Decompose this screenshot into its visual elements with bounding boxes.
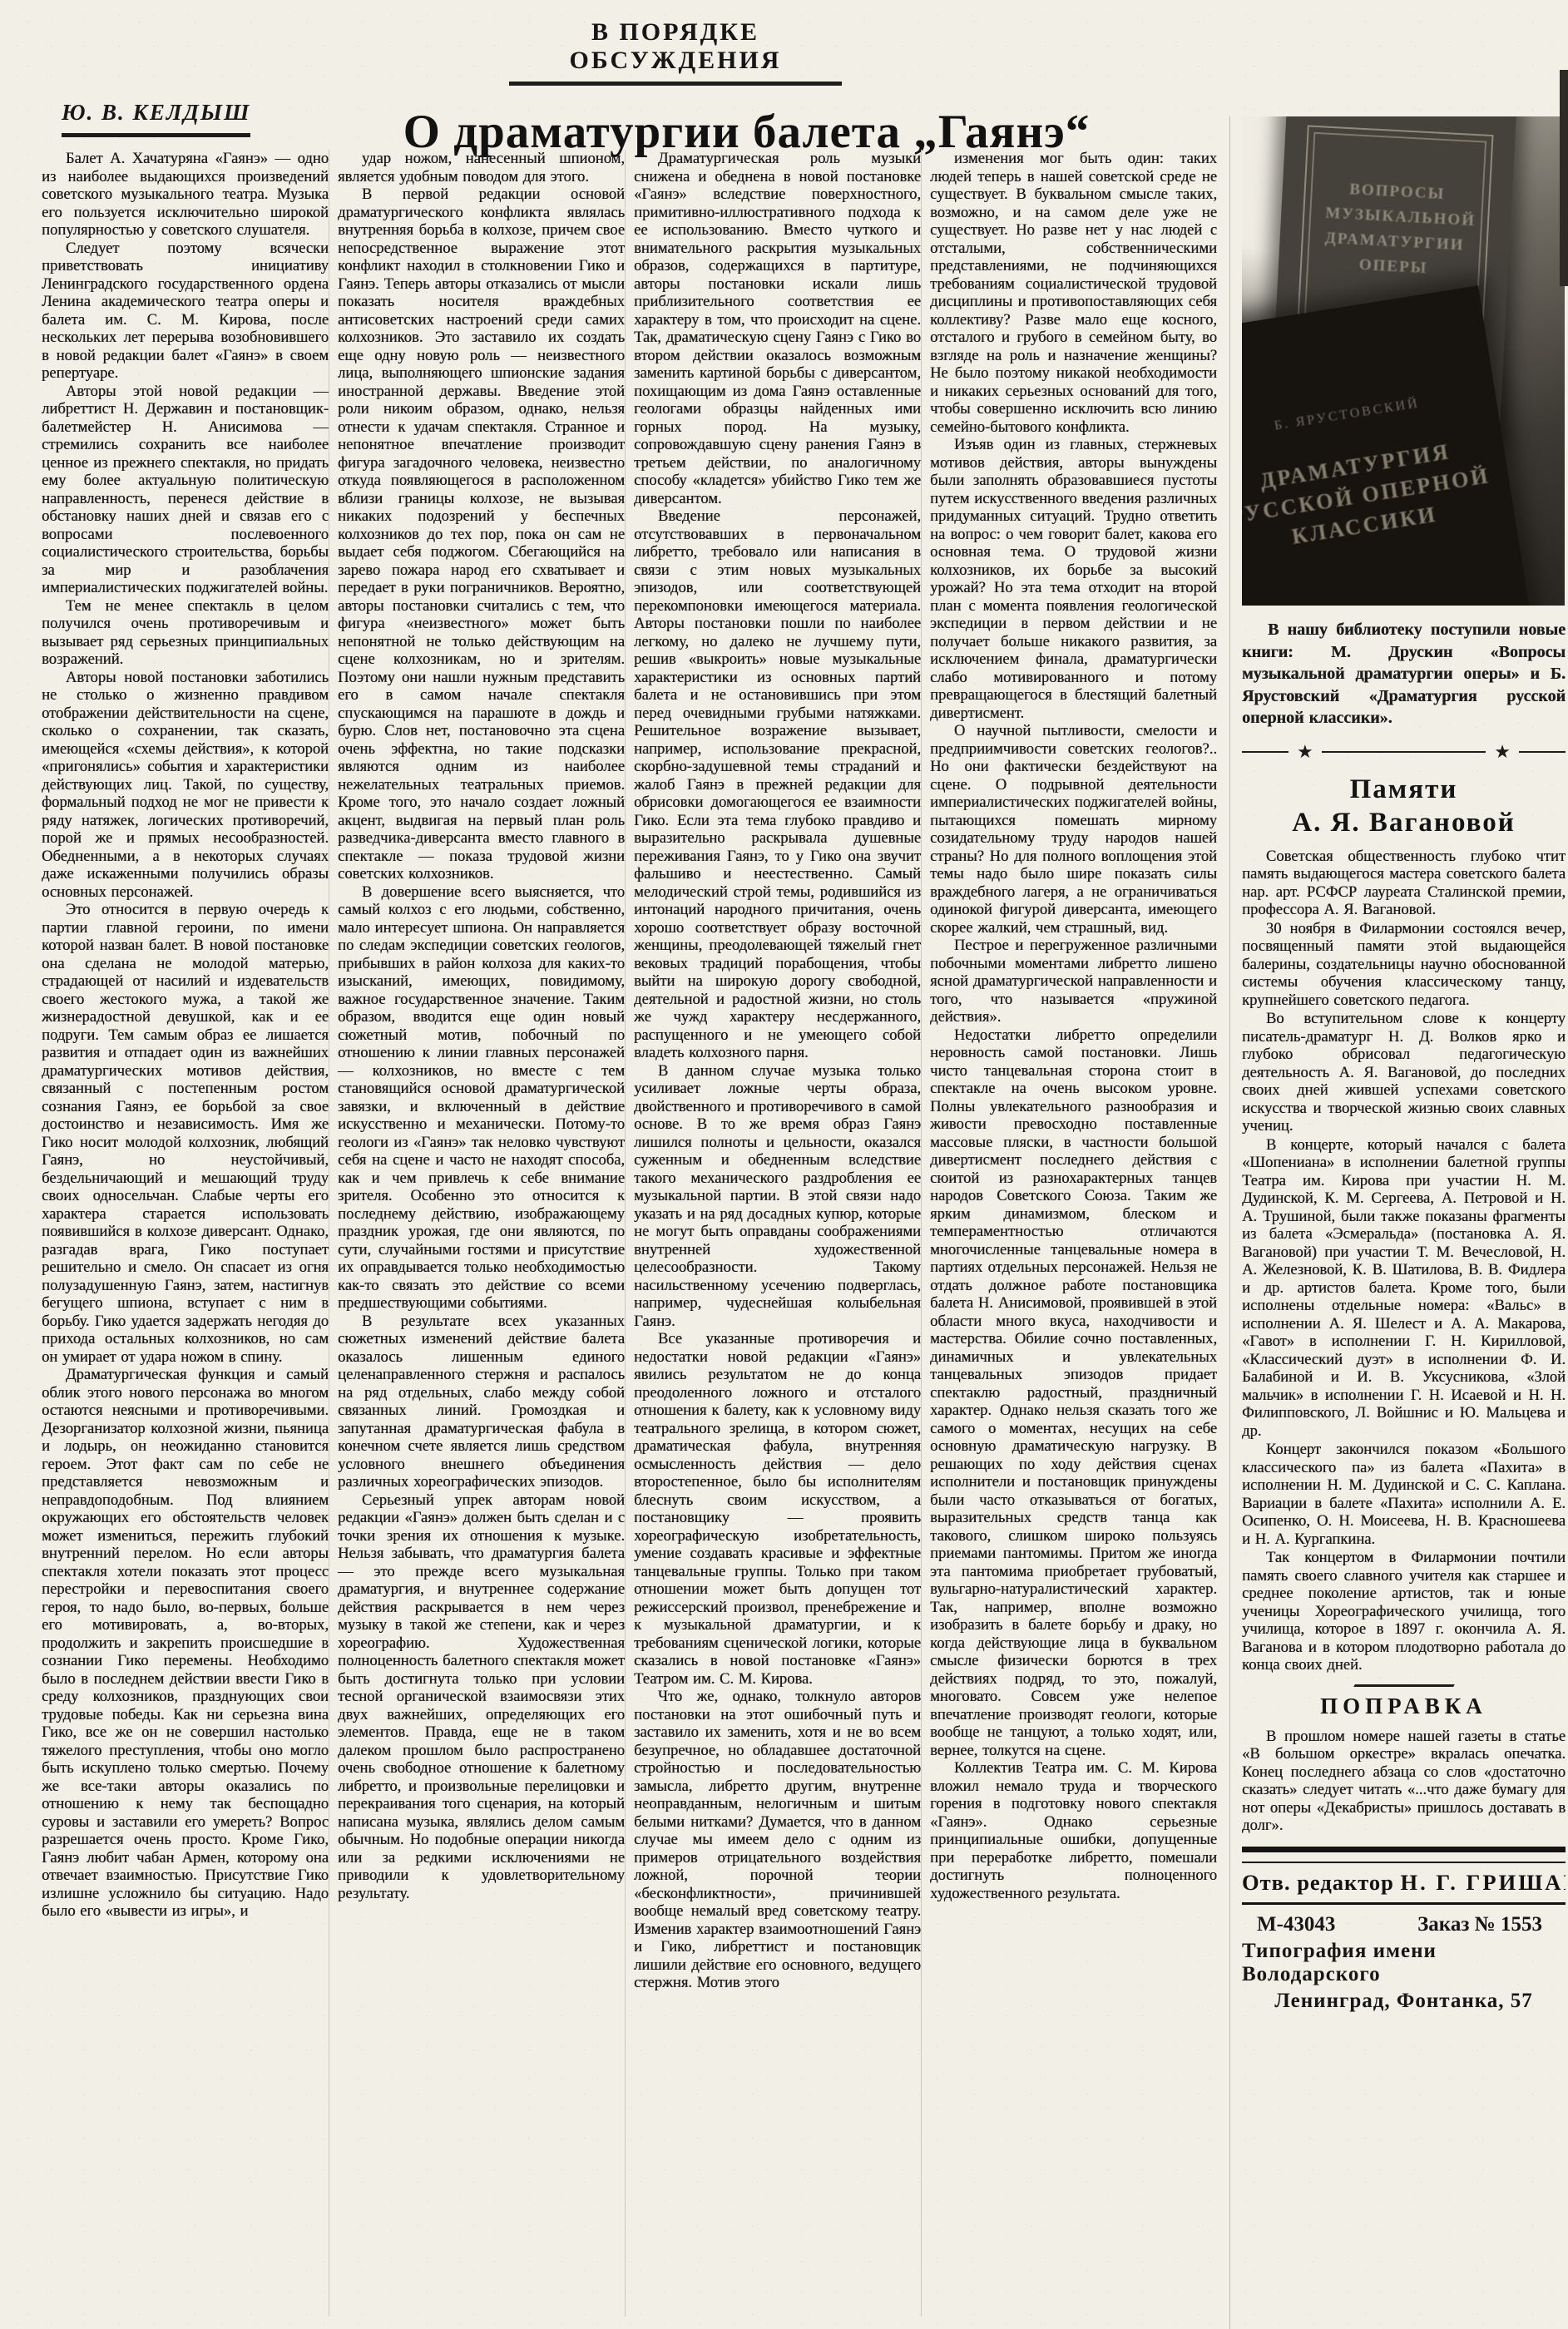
paragraph: Драматургическая функция и самый облик э… (42, 1366, 329, 1921)
footer-rule (1242, 1847, 1566, 1863)
memoriam-heading: Памяти А. Я. Вагановой (1242, 773, 1566, 839)
paragraph: Все указанные противоречия и недостатки … (634, 1330, 921, 1688)
article-author: Ю. В. КЕЛДЫШ (62, 100, 250, 137)
paragraph: Так концертом в Филармонии почтили памят… (1242, 1549, 1566, 1674)
text-column-2: удар ножом, нанесенный шпионом, является… (329, 150, 625, 2317)
editor-name: Н. Г. ГРИШАНОВ (1401, 1870, 1566, 1895)
memoriam-heading-line2: А. Я. Вагановой (1242, 806, 1566, 839)
star-icon: ★ (1494, 741, 1511, 763)
paragraph: Авторы новой постановки заботились не ст… (42, 669, 329, 902)
paragraph: В концерте, который начался с балета «Шо… (1242, 1136, 1566, 1441)
paragraph: Это относится в первую очередь к партии … (42, 901, 329, 1366)
editor-label: Отв. редактор (1242, 1870, 1394, 1895)
paragraph: В нашу библиотеку поступили новые книги:… (1242, 619, 1566, 729)
imprint-order: Заказ № 1553 (1417, 1913, 1542, 1936)
paragraph: Что же, однако, толкнуло авторов постано… (634, 1688, 921, 1992)
paragraph: удар ножом, нанесенный шпионом, является… (338, 150, 625, 185)
paragraph: Советская общественность глубоко чтит па… (1242, 848, 1566, 919)
book-title: ДРАМАТУРГИЯ РУССКОЙ ОПЕРНОЙ КЛАССИКИ (1242, 428, 1515, 564)
imprint-code: М-43043 (1257, 1913, 1335, 1936)
star-divider: ★ ★ (1242, 741, 1566, 763)
paragraph: 30 ноября в Филармонии состоялся вечер, … (1242, 920, 1566, 1010)
paragraph: В результате всех указанных сюжетных изм… (338, 1313, 625, 1491)
paragraph: Концерт закончился показом «Большого кла… (1242, 1441, 1566, 1548)
editor-line: Отв. редактор Н. Г. ГРИШАНОВ (1242, 1863, 1566, 1902)
paragraph: Введение персонажей, отсутствовавших в п… (634, 507, 921, 1062)
paragraph: изменения мог быть один: таких людей теп… (930, 150, 1217, 436)
newspaper-page: В ПОРЯДКЕ ОБСУЖДЕНИЯ Ю. В. КЕЛДЫШ О драм… (0, 0, 1568, 2329)
star-icon: ★ (1297, 741, 1313, 763)
imprint-address: Ленинград, Фонтанка, 57 (1242, 1986, 1566, 2013)
paragraph: В довершение всего выясняется, что самый… (338, 883, 625, 1313)
section-kicker: В ПОРЯДКЕ ОБСУЖДЕНИЯ (509, 18, 842, 86)
divider-line (1519, 751, 1566, 753)
books-photo: ВОПРОСЫ МУЗЫКАЛЬНОЙ ДРАМАТУРГИИ ОПЕРЫ Б.… (1242, 116, 1565, 606)
article-body: Балет А. Хачатуряна «Гаянэ» — одно из на… (42, 150, 1217, 2317)
paragraph: Следует поэтому всячески приветствовать … (42, 240, 329, 383)
text-column-1: Балет А. Хачатуряна «Гаянэ» — одно из на… (42, 150, 329, 2317)
memoriam-heading-line1: Памяти (1242, 773, 1566, 806)
paragraph: Тем не менее спектакль в целом получился… (42, 597, 329, 669)
paragraph: Недостатки либретто определили неровност… (930, 1026, 1217, 1760)
paragraph: Драматургическая роль музыки снижена и о… (634, 150, 921, 507)
correction-heading: ПОПРАВКА (1242, 1694, 1566, 1719)
imprint: М-43043 Заказ № 1553 Типография имени Во… (1242, 1905, 1566, 2013)
section-divider (1353, 1684, 1455, 1687)
scan-artifact (1560, 70, 1568, 286)
paragraph: Балет А. Хачатуряна «Гаянэ» — одно из на… (42, 150, 329, 240)
paragraph: Во вступительном слове к концерту писате… (1242, 1010, 1566, 1135)
text-column-3: Драматургическая роль музыки снижена и о… (625, 150, 921, 2317)
sidebar: ВОПРОСЫ МУЗЫКАЛЬНОЙ ДРАМАТУРГИИ ОПЕРЫ Б.… (1229, 116, 1566, 2329)
paragraph: Изъяв один из главных, стержневых мотиво… (930, 436, 1217, 722)
paragraph: Серьезный упрек авторам новой редакции «… (338, 1491, 625, 1903)
paragraph: В прошлом номере нашей газеты в статье «… (1242, 1728, 1566, 1835)
divider-line (1242, 751, 1289, 753)
memoriam-body: Советская общественность глубоко чтит па… (1242, 848, 1566, 1674)
book-title: ВОПРОСЫ МУЗЫКАЛЬНОЙ ДРАМАТУРГИИ ОПЕРЫ (1322, 176, 1468, 284)
paragraph: Пестрое и перегруженное различными побоч… (930, 937, 1217, 1026)
divider-line (1322, 751, 1486, 753)
correction-body: В прошлом номере нашей газеты в статье «… (1242, 1728, 1566, 1835)
paragraph: В данном случае музыка только усиливает … (634, 1062, 921, 1331)
paragraph: Авторы этой новой редакции — либреттист … (42, 383, 329, 597)
text-column-4: изменения мог быть один: таких людей теп… (921, 150, 1217, 2317)
paragraph: В первой редакции основой драматургическ… (338, 185, 625, 883)
paragraph: О научной пытливости, смелости и предпри… (930, 722, 1217, 937)
library-note: В нашу библиотеку поступили новые книги:… (1242, 619, 1566, 729)
paragraph: Коллектив Театра им. С. М. Кирова вложил… (930, 1759, 1217, 1902)
imprint-printer: Типография имени Володарского (1242, 1936, 1566, 1986)
